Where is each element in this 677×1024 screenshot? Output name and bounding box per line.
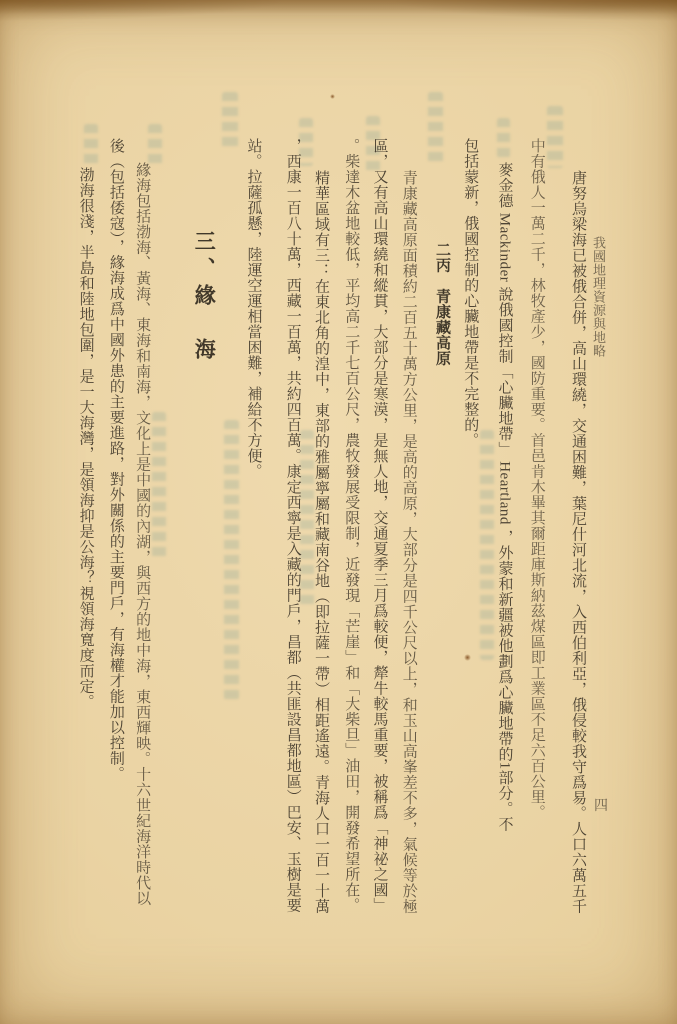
text-column: 精華區域有三：在東北角的湟中，東部的雅屬寧屬和藏南谷地（即拉薩一帶）相距遙遠。青… xyxy=(312,138,329,948)
text-column: 麥金德 Mackinder 說俄國控制「心臟地帶」 Heartland ，外蒙和… xyxy=(495,138,512,948)
paper-speck xyxy=(330,94,335,99)
text-column: 站。拉薩孤懸，陸運空運相當困難，補給不方便。 xyxy=(244,138,261,948)
section-heading: 三、緣 海 xyxy=(192,138,216,948)
text-columns: 唐努烏梁海已被俄合併，高山環繞，交通困難，葉尼什河北流，入西伯利亞，俄侵較我守爲… xyxy=(80,138,586,948)
text-column: 後（包括倭寇），緣海成爲中國外患的主要進路，對外關係的主要門戶，有海權才能加以控… xyxy=(107,138,124,948)
text-column: 緣海包括渤海、黃海、東海和南海，文化上是中國的內湖，與西方的地中海，東西輝映。十… xyxy=(133,138,150,948)
text-column: 青康藏高原面積約二百五十萬方公里，是高的高原，大部分是四千公尺以上，和玉山高峯差… xyxy=(400,138,417,948)
text-column: 。柴達木盆地較低，平均高二千七百公尺，農牧發展受限制，近發現「芒崖」和「大柴旦」… xyxy=(342,138,359,948)
page-number: 四 xyxy=(594,795,608,815)
text-column: 區，又有高山環繞和縱貫，大部分是寒漠，是無人地，交通夏季三月爲較便，犛牛較馬重要… xyxy=(370,138,387,948)
text-column: 唐努烏梁海已被俄合併，高山環繞，交通困難，葉尼什河北流，入西伯利亞，俄侵較我守爲… xyxy=(569,138,586,948)
running-title: 我國地理資源與地略 xyxy=(589,236,608,358)
section-heading: 二丙 青康藏高原 xyxy=(433,138,450,948)
scanned-book-page: 我國地理資源與地略 唐努烏梁海已被俄合併，高山環繞，交通困難，葉尼什河北流，入西… xyxy=(0,0,677,1024)
text-column: 渤海很淺，半島和陸地包圍，是一大海灣，是領海抑是公海？視領海寬度而定。 xyxy=(76,138,93,948)
text-column: ，西康一百八十萬，西藏一百萬，共約四百萬。康定西寧是入藏的門戶，昌都（共匪設昌都… xyxy=(284,138,301,948)
text-column: 中有俄人一萬二千，林牧產少，國防重要。首邑肯木畢其爾距庫斯納茲煤區即工業區不足六… xyxy=(528,138,545,948)
text-column: 包括蒙新，俄國控制的心臟地帶是不完整的。 xyxy=(461,138,478,948)
